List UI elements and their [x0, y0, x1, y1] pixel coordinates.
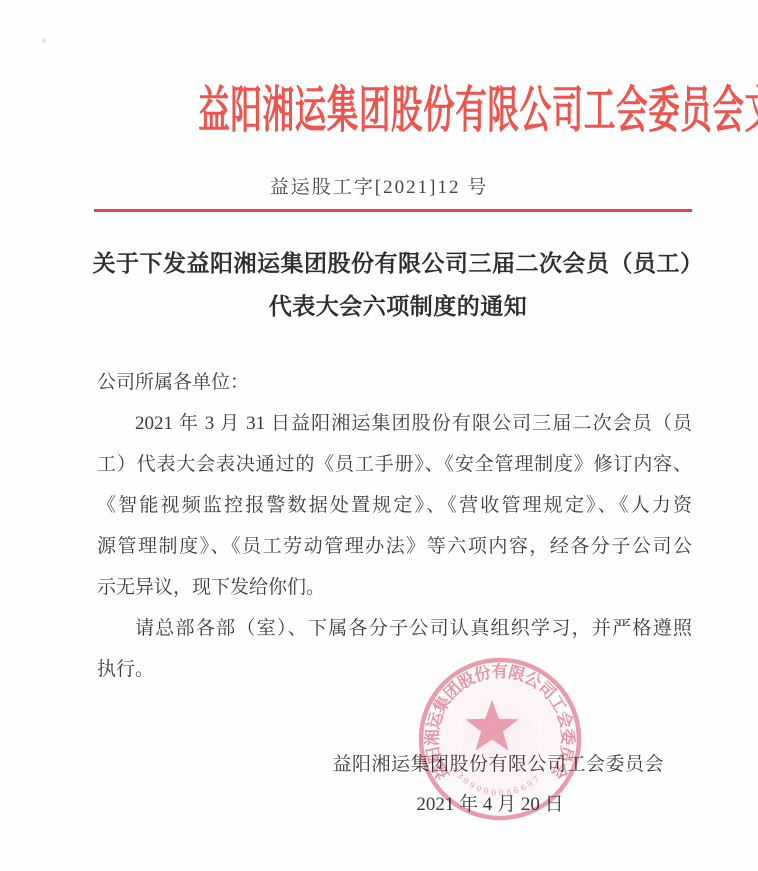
- red-separator-rule: [94, 209, 692, 212]
- scan-speck: [42, 38, 46, 43]
- body-line: 示无异议，现下发给你们。: [97, 567, 692, 608]
- red-letterhead: 益阳湘运集团股份有限公司工会委员会文件: [19, 82, 758, 138]
- signature-organization: 益阳湘运集团股份有限公司工会委员会: [332, 752, 664, 778]
- document-number: 益运股工字[2021]12 号: [0, 172, 758, 199]
- body-line: 工）代表大会表决通过的《员工手册》、《安全管理制度》修订内容、: [97, 444, 692, 485]
- document-body: 公司所属各单位： 2021 年 3 月 31 日益阳湘运集团股份有限公司三届二次…: [97, 362, 692, 690]
- body-line: 执行。: [97, 649, 692, 690]
- document-title: 关于下发益阳湘运集团股份有限公司三届二次会员（员工） 代表大会六项制度的通知: [19, 242, 758, 328]
- body-line: 请总部各部（室）、下属各分子公司认真组织学习，并严格遵照: [97, 608, 692, 649]
- body-line: 2021 年 3 月 31 日益阳湘运集团股份有限公司三届二次会员（员: [97, 403, 692, 444]
- signature-date: 2021 年 4 月 20 日: [410, 792, 570, 818]
- title-line-1: 关于下发益阳湘运集团股份有限公司三届二次会员（员工）: [19, 242, 758, 285]
- body-line: 源管理制度》、《员工劳动管理办法》等六项内容，经各分子公司公: [97, 526, 692, 567]
- document-page: 益阳湘运集团股份有限公司工会委员会文件 益运股工字[2021]12 号 关于下发…: [0, 0, 758, 871]
- letterhead-text: 益阳湘运集团股份有限公司工会委员会文件: [198, 82, 758, 138]
- body-salutation: 公司所属各单位：: [97, 362, 692, 403]
- star-icon: [465, 700, 518, 751]
- body-line: 《智能视频监控报警数据处置规定》、《营收管理规定》、《人力资: [97, 485, 692, 526]
- title-line-2: 代表大会六项制度的通知: [19, 285, 758, 328]
